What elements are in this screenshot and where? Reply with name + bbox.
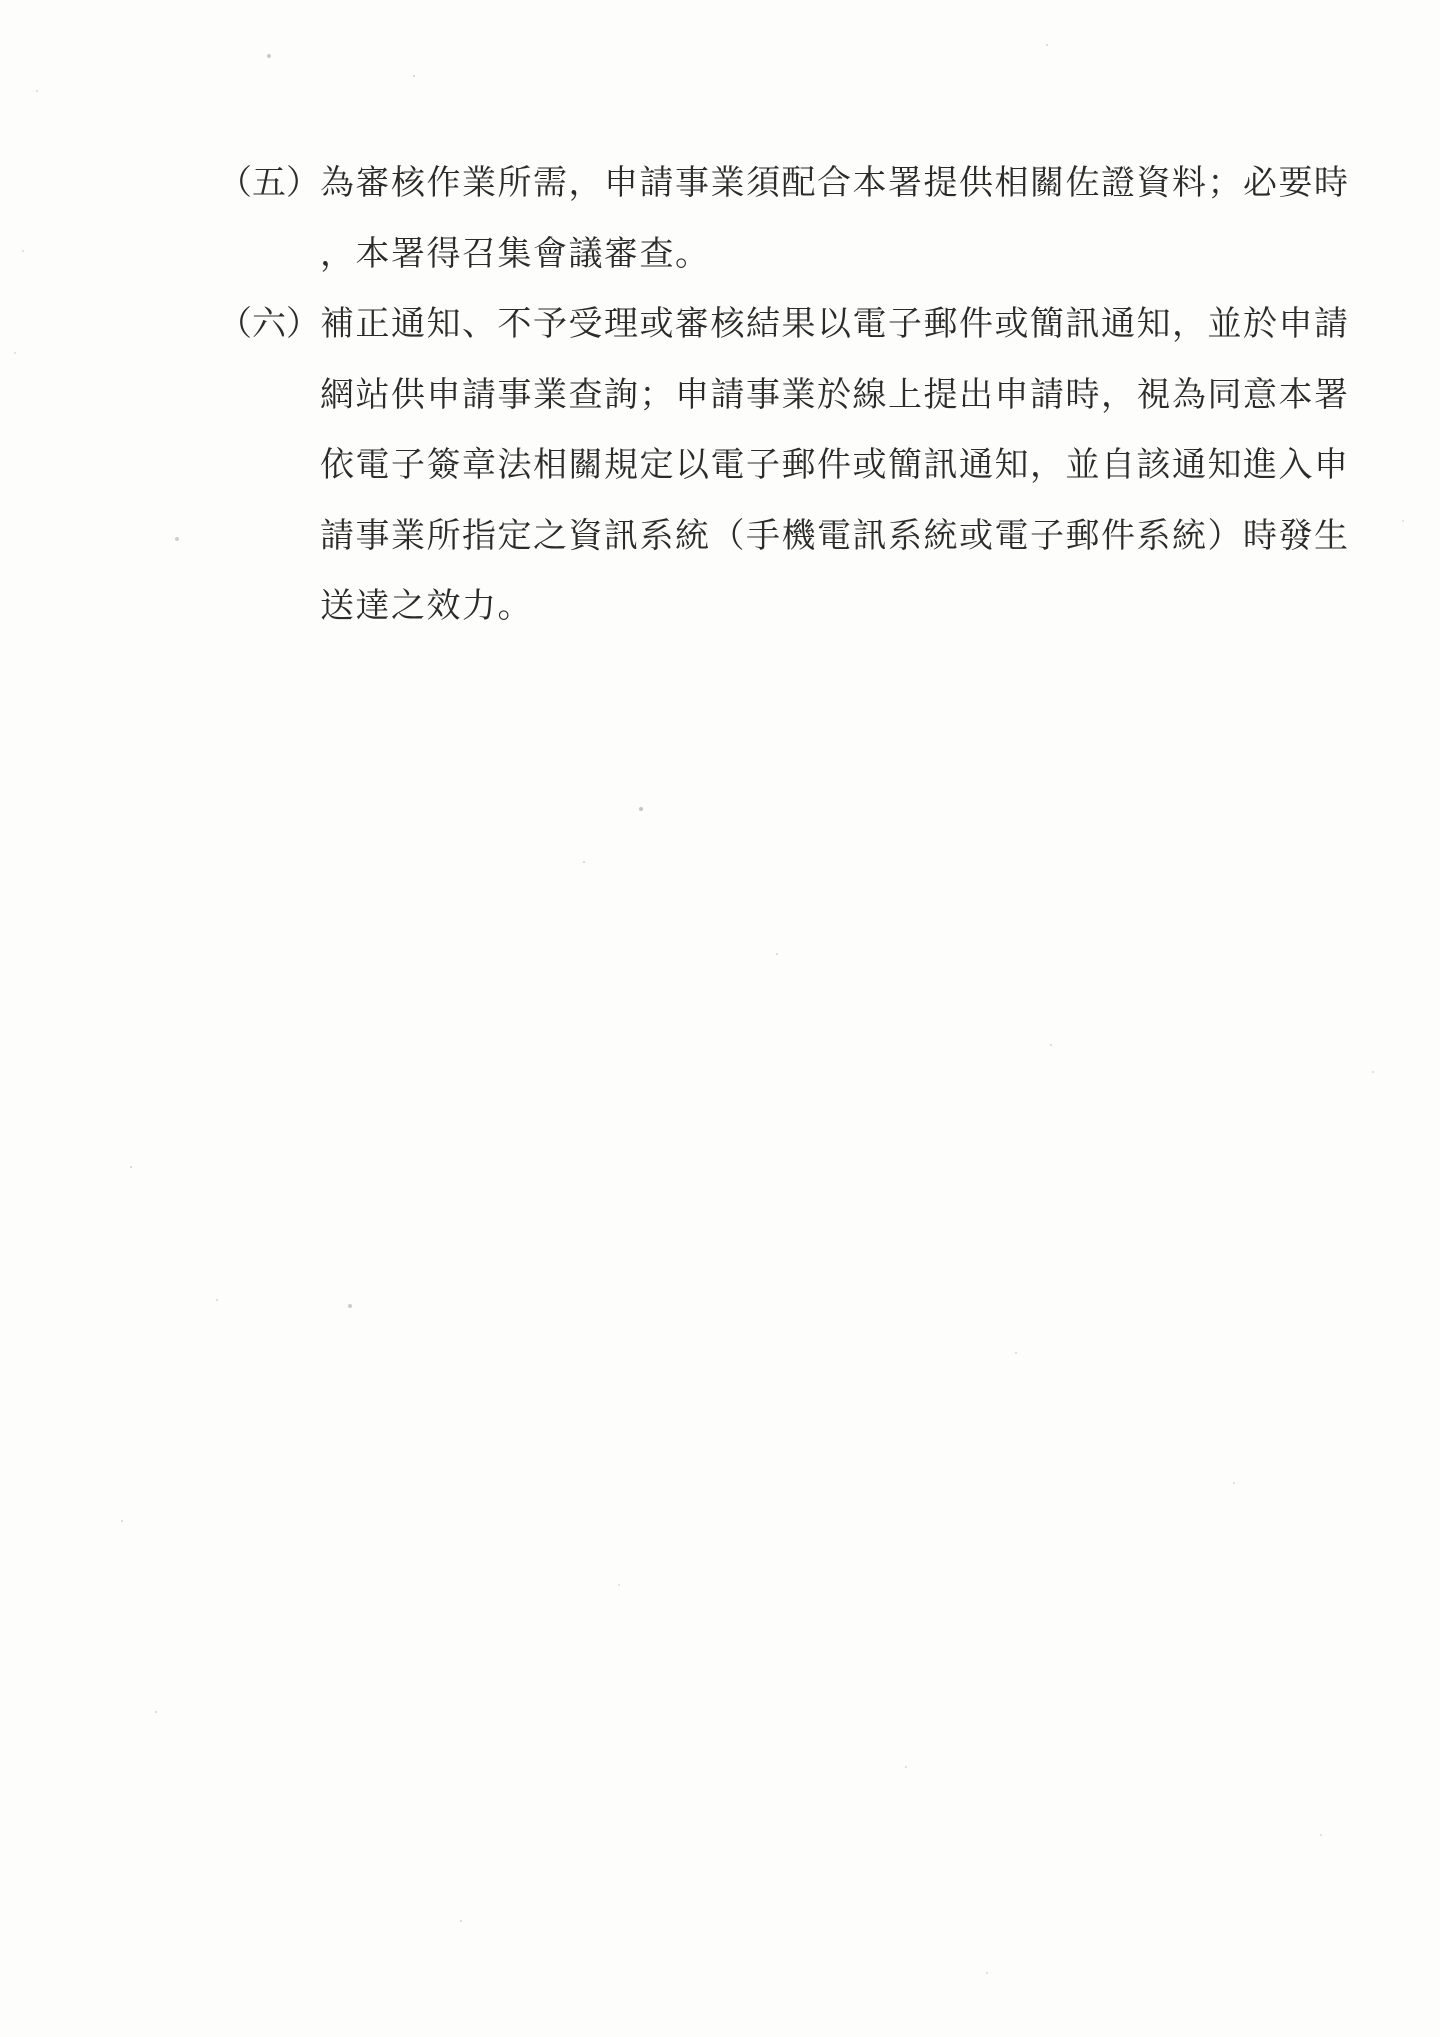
document-body: （五） 為審核作業所需，申請事業須配合本署提供相關佐證資料；必要時 ，本署得召集… xyxy=(218,149,1303,643)
text-line: 為審核作業所需，申請事業須配合本署提供相關佐證資料；必要時 xyxy=(320,149,1350,220)
text-line: 依電子簽章法相關規定以電子郵件或簡訊通知，並自該通知進入申 xyxy=(320,431,1350,502)
document-page: （五） 為審核作業所需，申請事業須配合本署提供相關佐證資料；必要時 ，本署得召集… xyxy=(0,0,1440,2037)
text-line: 補正通知、不予受理或審核結果以電子郵件或簡訊通知，並於申請 xyxy=(320,290,1350,361)
list-item-6-text: 補正通知、不予受理或審核結果以電子郵件或簡訊通知，並於申請 網站供申請事業查詢；… xyxy=(320,290,1350,643)
list-item-6-label: （六） xyxy=(218,290,320,361)
text-line: 請事業所指定之資訊系統（手機電訊系統或電子郵件系統）時發生 xyxy=(320,502,1350,573)
text-line: 送達之效力。 xyxy=(320,572,1350,643)
scan-noise-speckles xyxy=(0,0,2,2)
list-item-5-label: （五） xyxy=(218,149,320,220)
text-line: ，本署得召集會議審查。 xyxy=(320,220,1350,291)
list-item-5: （五） 為審核作業所需，申請事業須配合本署提供相關佐證資料；必要時 ，本署得召集… xyxy=(218,149,1303,290)
text-line: 網站供申請事業查詢；申請事業於線上提出申請時，視為同意本署 xyxy=(320,361,1350,432)
list-item-5-text: 為審核作業所需，申請事業須配合本署提供相關佐證資料；必要時 ，本署得召集會議審查… xyxy=(320,149,1350,290)
list-item-6: （六） 補正通知、不予受理或審核結果以電子郵件或簡訊通知，並於申請 網站供申請事… xyxy=(218,290,1303,643)
